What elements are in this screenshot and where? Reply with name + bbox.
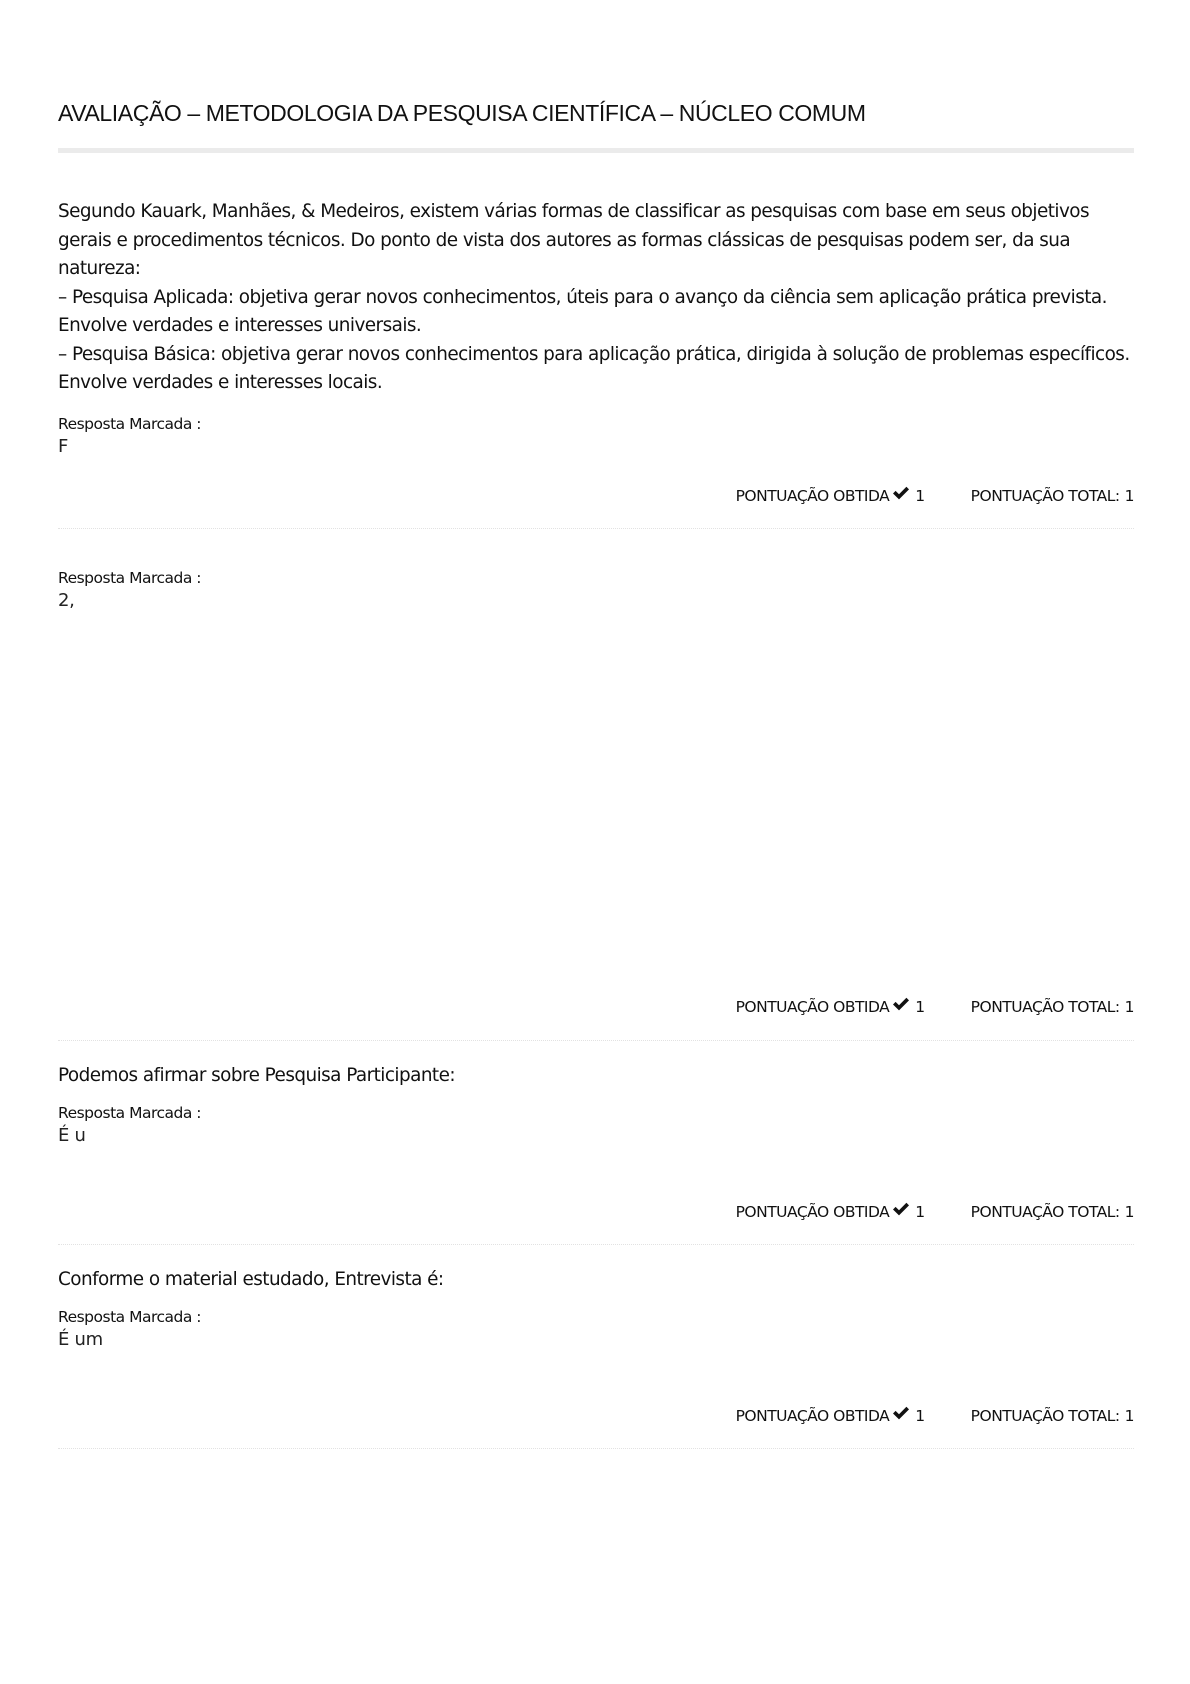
score-obtained: PONTUAÇÃO OBTIDA 1 <box>736 998 925 1016</box>
score-total-label: PONTUAÇÃO TOTAL: <box>971 1203 1120 1221</box>
question-4: Conforme o material estudado, Entrevista… <box>58 1266 1134 1353</box>
score-obtained-label: PONTUAÇÃO OBTIDA <box>736 487 890 505</box>
title-divider <box>58 148 1134 153</box>
answer-value: É u <box>58 1123 1134 1149</box>
answer-value: 2, <box>58 588 1134 614</box>
question-divider <box>58 528 1134 529</box>
score-row: PONTUAÇÃO OBTIDA 1 PONTUAÇÃO TOTAL: 1 <box>736 1407 1134 1425</box>
question-1: Segundo Kauark, Manhães, & Medeiros, exi… <box>58 198 1134 460</box>
score-row: PONTUAÇÃO OBTIDA 1 PONTUAÇÃO TOTAL: 1 <box>736 487 1134 505</box>
answer-label: Resposta Marcada : <box>58 1307 1134 1327</box>
score-obtained: PONTUAÇÃO OBTIDA 1 <box>736 1407 925 1425</box>
question-divider <box>58 1244 1134 1245</box>
question-text: Conforme o material estudado, Entrevista… <box>58 1266 1134 1295</box>
score-obtained-value: 1 <box>915 998 924 1016</box>
score-obtained-value: 1 <box>915 1407 924 1425</box>
check-icon <box>892 996 910 1012</box>
score-total-value: 1 <box>1125 1407 1134 1425</box>
score-obtained: PONTUAÇÃO OBTIDA 1 <box>736 487 925 505</box>
question-2: Resposta Marcada : 2, <box>58 568 1134 614</box>
score-row: PONTUAÇÃO OBTIDA 1 PONTUAÇÃO TOTAL: 1 <box>736 1203 1134 1221</box>
answer-value: É um <box>58 1327 1134 1353</box>
question-text: Segundo Kauark, Manhães, & Medeiros, exi… <box>58 198 1134 398</box>
page-title: AVALIAÇÃO – METODOLOGIA DA PESQUISA CIEN… <box>58 100 866 127</box>
score-obtained-label: PONTUAÇÃO OBTIDA <box>736 1203 890 1221</box>
score-total-label: PONTUAÇÃO TOTAL: <box>971 487 1120 505</box>
answer-label: Resposta Marcada : <box>58 414 1134 434</box>
score-obtained-label: PONTUAÇÃO OBTIDA <box>736 1407 890 1425</box>
score-obtained-value: 1 <box>915 487 924 505</box>
score-total-label: PONTUAÇÃO TOTAL: <box>971 1407 1120 1425</box>
answer-label: Resposta Marcada : <box>58 568 1134 588</box>
check-icon <box>892 485 910 501</box>
score-total-value: 1 <box>1125 1203 1134 1221</box>
score-total-label: PONTUAÇÃO TOTAL: <box>971 998 1120 1016</box>
score-obtained-value: 1 <box>915 1203 924 1221</box>
score-total-value: 1 <box>1125 998 1134 1016</box>
question-text: Podemos afirmar sobre Pesquisa Participa… <box>58 1062 1134 1091</box>
question-divider <box>58 1448 1134 1449</box>
score-total-value: 1 <box>1125 487 1134 505</box>
answer-value: F <box>58 434 1134 460</box>
question-divider <box>58 1040 1134 1041</box>
check-icon <box>892 1405 910 1421</box>
score-obtained: PONTUAÇÃO OBTIDA 1 <box>736 1203 925 1221</box>
answer-label: Resposta Marcada : <box>58 1103 1134 1123</box>
check-icon <box>892 1201 910 1217</box>
question-3: Podemos afirmar sobre Pesquisa Participa… <box>58 1062 1134 1149</box>
score-obtained-label: PONTUAÇÃO OBTIDA <box>736 998 890 1016</box>
score-row: PONTUAÇÃO OBTIDA 1 PONTUAÇÃO TOTAL: 1 <box>736 998 1134 1016</box>
